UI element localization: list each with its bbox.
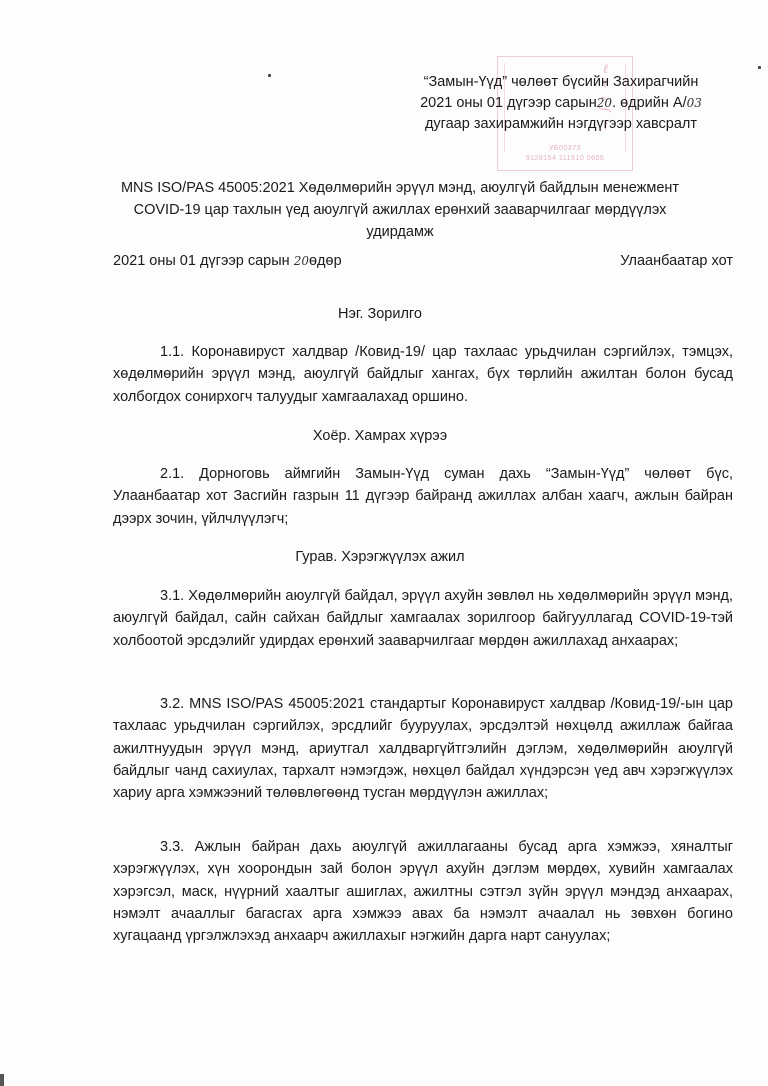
- section-heading-3: Гурав. Хэрэгжүүлэх ажил: [100, 549, 660, 565]
- section-heading-2: Хоёр. Хамрах хүрээ: [100, 428, 660, 444]
- paragraph-3-1: 3.1. Хөдөлмөрийн аюулгүй байдал, эрүүл а…: [113, 585, 733, 652]
- stamp-code-2: 9128154 111510 0606: [498, 155, 632, 162]
- date-prefix: 2021 оны 01 дүгээр сарын: [113, 253, 290, 269]
- annex-reference: “Замын-Үүд” чөлөөт бүсийн Захирагчийн 20…: [390, 72, 760, 135]
- stamp-code-1: УБ00373: [498, 145, 632, 152]
- annex-line-3: дугаар захирамжийн нэгдүгээр хавсралт: [390, 114, 732, 135]
- paragraph-3-3: 3.3. Ажлын байран дахь аюулгүй ажиллагаа…: [113, 836, 733, 947]
- paragraph-1-1: 1.1. Коронавируст халдвар /Ковид-19/ цар…: [113, 341, 733, 408]
- handwritten-day: 20: [597, 96, 612, 110]
- document-title: MNS ISO/PAS 45005:2021 Хөдөлмөрийн эрүүл…: [100, 177, 700, 243]
- document-date: 2021 оны 01 дүгээр сарын 20өдөр: [113, 253, 342, 269]
- title-line-3: удирдамж: [100, 221, 700, 243]
- paragraph-2-1: 2.1. Дорноговь аймгийн Замын-Үүд суман д…: [113, 463, 733, 530]
- scan-speck: [268, 74, 271, 77]
- scan-speck: [758, 66, 761, 69]
- date-place-line: 2021 оны 01 дүгээр сарын 20өдөр Улаанбаа…: [113, 253, 733, 269]
- annex-date-prefix: 2021 оны 01 дүгээр сарын: [420, 95, 597, 111]
- date-suffix: өдөр: [309, 253, 342, 269]
- paragraph-3-2: 3.2. MNS ISO/PAS 45005:2021 стандартыг К…: [113, 693, 733, 804]
- section-heading-1: Нэг. Зорилго: [100, 306, 660, 322]
- annex-line-1: “Замын-Үүд” чөлөөт бүсийн Захирагчийн: [390, 72, 732, 93]
- document-place: Улаанбаатар хот: [620, 253, 733, 269]
- scan-edge-mark: [0, 1074, 4, 1086]
- handwritten-order-number: 03: [687, 96, 702, 110]
- title-line-1: MNS ISO/PAS 45005:2021 Хөдөлмөрийн эрүүл…: [100, 177, 700, 199]
- document-page: ℓ~≀∫⌇ УБ00373 9128154 111510 0606 “Замын…: [0, 0, 768, 1086]
- handwritten-date-day: 20: [294, 254, 309, 268]
- annex-line-2: 2021 оны 01 дүгээр сарын20. өдрийн А/03: [390, 93, 732, 114]
- title-line-2: COVID-19 цар тахлын үед аюулгүй ажиллах …: [100, 199, 700, 221]
- annex-order-label: . өдрийн А/: [612, 95, 687, 111]
